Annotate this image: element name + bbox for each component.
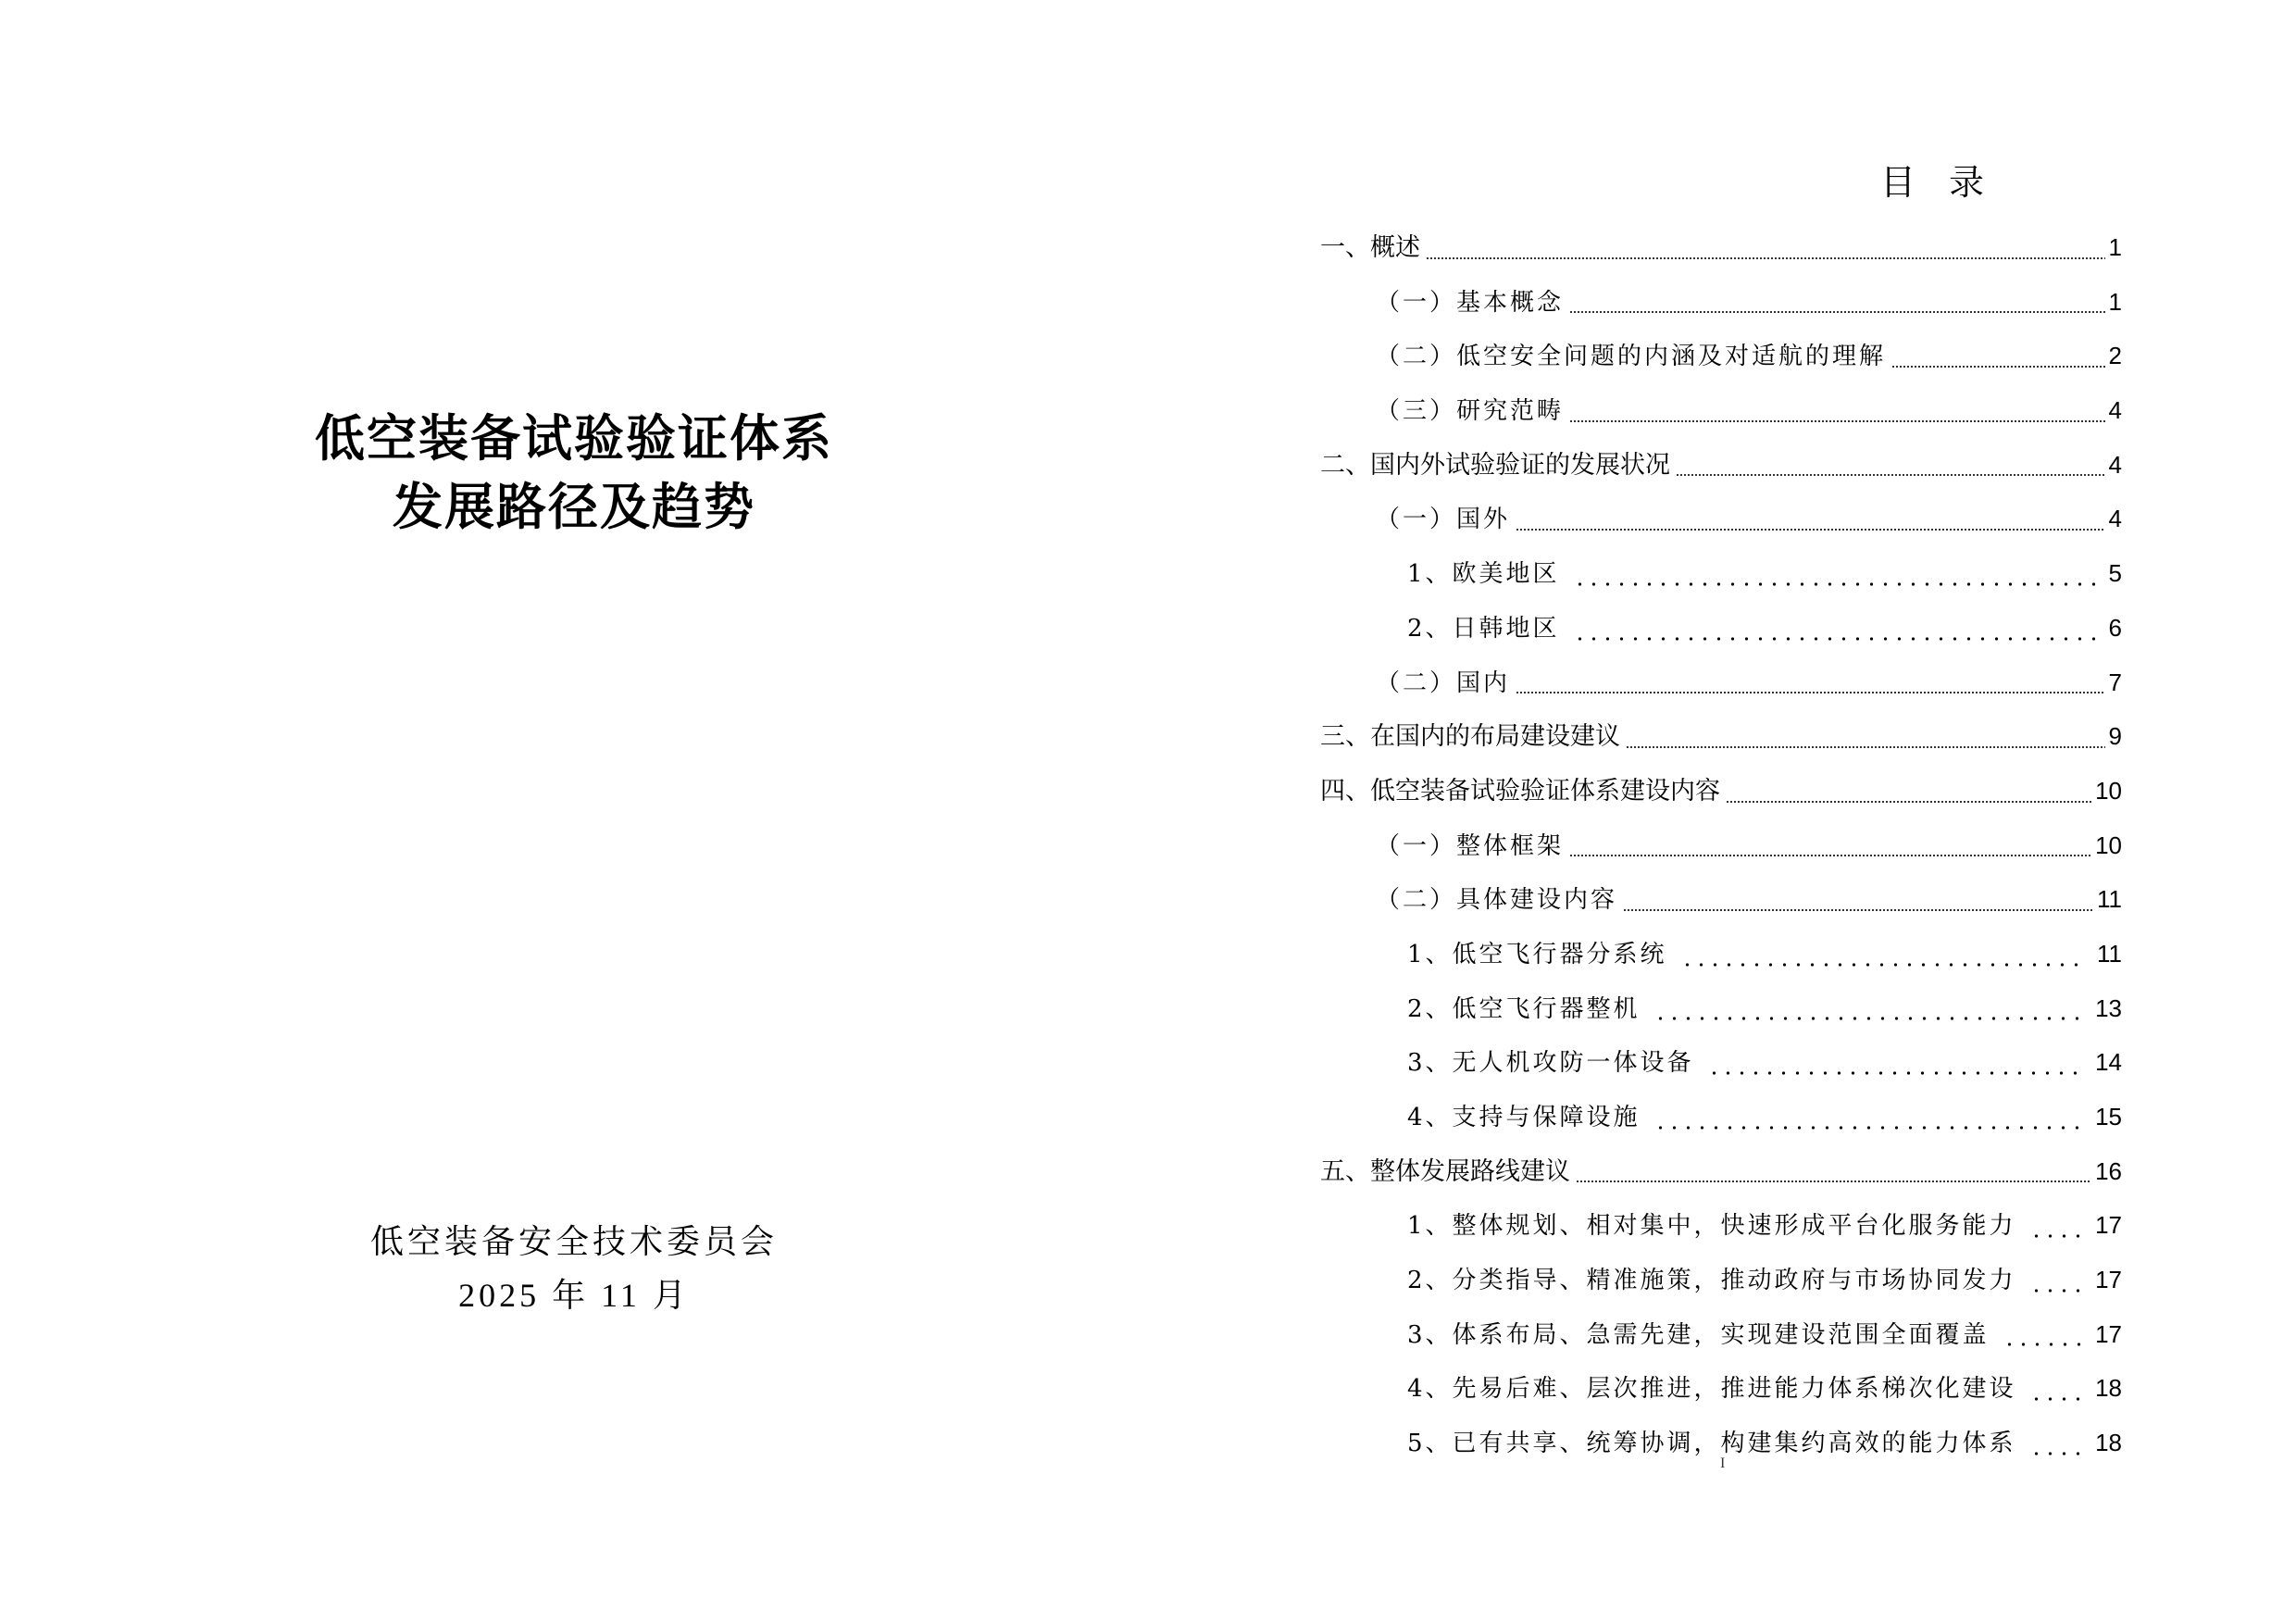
table-of-contents: 一、概述1（一）基本概念1（二）低空安全问题的内涵及对适航的理解2（三）研究范畴… xyxy=(1320,220,2122,1470)
dot-leader xyxy=(1576,1181,2091,1182)
toc-entry-label: 一、概述 xyxy=(1320,221,1420,276)
toc-entry-page-number: 17 xyxy=(2095,1307,2122,1362)
dot-leader xyxy=(1569,311,2105,313)
page-number: I xyxy=(1720,1455,1725,1472)
dot-leader xyxy=(1626,746,2105,748)
dot-leader xyxy=(2029,1397,2083,1401)
toc-entry-page-number: 16 xyxy=(2095,1144,2122,1199)
organization-name: 低空装备安全技术委员会 xyxy=(0,1215,1148,1268)
toc-entry[interactable]: （二）国内7 xyxy=(1320,656,2122,710)
title-line-1: 低空装备试验验证体系 xyxy=(0,404,1148,472)
toc-entry-page-number: 4 xyxy=(2109,492,2122,546)
toc-entry-label: （一）国外 xyxy=(1376,493,1510,547)
toc-entry[interactable]: 三、在国内的布局建设建议9 xyxy=(1320,709,2122,764)
toc-entry-label: 1、低空飞行器分系统 xyxy=(1407,928,1667,982)
dot-leader xyxy=(2029,1289,2083,1293)
toc-entry-page-number: 14 xyxy=(2095,1035,2122,1090)
toc-entry[interactable]: 一、概述1 xyxy=(1320,220,2122,275)
dot-leader xyxy=(2003,1343,2083,1346)
toc-entry-page-number: 17 xyxy=(2095,1198,2122,1253)
toc-entry-label: （三）研究范畴 xyxy=(1376,384,1564,439)
toc-entry-label: （二）低空安全问题的内涵及对适航的理解 xyxy=(1376,330,1886,384)
toc-entry-page-number: 6 xyxy=(2109,601,2122,656)
toc-entry-page-number: 13 xyxy=(2095,981,2122,1036)
toc-entry-page-number: 11 xyxy=(2097,872,2122,927)
toc-entry-label: 2、低空飞行器整机 xyxy=(1407,982,1641,1037)
toc-entry-label: （二）具体建设内容 xyxy=(1376,873,1617,928)
toc-entry-page-number: 18 xyxy=(2095,1416,2122,1470)
toc-entry-page-number: 9 xyxy=(2109,709,2122,764)
toc-entry-label: 2、分类指导、精准施策，推动政府与市场协同发力 xyxy=(1407,1254,2016,1308)
toc-entry-page-number: 1 xyxy=(2109,220,2122,275)
toc-entry[interactable]: 2、日韩地区6 xyxy=(1320,601,2122,656)
toc-entry[interactable]: 2、低空飞行器整机13 xyxy=(1320,981,2122,1036)
dot-leader xyxy=(1623,909,2093,911)
toc-entry-page-number: 15 xyxy=(2095,1090,2122,1144)
toc-entry-page-number: 4 xyxy=(2109,383,2122,438)
toc-entry[interactable]: 3、无人机攻防一体设备14 xyxy=(1320,1035,2122,1090)
toc-entry-label: 2、日韩地区 xyxy=(1407,602,1560,656)
dot-leader xyxy=(2029,1234,2083,1238)
title-line-2: 发展路径及趋势 xyxy=(0,472,1148,541)
dot-leader xyxy=(1573,637,2096,641)
dot-leader xyxy=(1891,366,2105,368)
toc-entry-page-number: 4 xyxy=(2109,438,2122,493)
toc-entry-page-number: 17 xyxy=(2095,1253,2122,1307)
toc-entry-label: 5、已有共享、统筹协调，构建集约高效的能力体系 xyxy=(1407,1417,2016,1471)
dot-leader xyxy=(1569,420,2105,422)
toc-entry-page-number: 2 xyxy=(2109,329,2122,383)
dot-leader xyxy=(1573,582,2096,586)
toc-entry-label: （二）国内 xyxy=(1376,656,1510,711)
cover-footer: 低空装备安全技术委员会 2025 年 11 月 xyxy=(0,1215,1148,1322)
toc-entry-label: 三、在国内的布局建设建议 xyxy=(1320,710,1620,765)
dot-leader xyxy=(1707,1071,2083,1075)
document-title: 低空装备试验验证体系 发展路径及趋势 xyxy=(0,404,1148,541)
toc-entry-label: （一）整体框架 xyxy=(1376,819,1564,874)
toc-entry-page-number: 10 xyxy=(2095,764,2122,818)
toc-entry[interactable]: （三）研究范畴4 xyxy=(1320,383,2122,438)
dot-leader xyxy=(1516,692,2105,693)
toc-entry-page-number: 18 xyxy=(2095,1361,2122,1416)
dot-leader xyxy=(1676,474,2105,476)
dot-leader xyxy=(1726,801,2091,803)
toc-entry-label: 五、整体发展路线建议 xyxy=(1320,1145,1570,1200)
toc-entry[interactable]: （一）基本概念1 xyxy=(1320,275,2122,330)
toc-entry[interactable]: 4、先易后难、层次推进，推进能力体系梯次化建设18 xyxy=(1320,1361,2122,1416)
toc-entry[interactable]: 2、分类指导、精准施策，推动政府与市场协同发力17 xyxy=(1320,1253,2122,1307)
dot-leader xyxy=(1426,257,2105,259)
toc-entry-label: 1、欧美地区 xyxy=(1407,547,1560,602)
toc-entry[interactable]: （一）整体框架10 xyxy=(1320,818,2122,873)
dot-leader xyxy=(1569,855,2091,856)
toc-entry-label: （一）基本概念 xyxy=(1376,276,1564,331)
toc-entry[interactable]: 四、低空装备试验验证体系建设内容10 xyxy=(1320,764,2122,818)
toc-entry-page-number: 10 xyxy=(2095,818,2122,873)
toc-entry-label: 4、支持与保障设施 xyxy=(1407,1091,1641,1145)
toc-heading: 目录 xyxy=(1662,154,2236,205)
dot-leader xyxy=(1653,1126,2083,1130)
dot-leader xyxy=(1653,1017,2083,1020)
toc-entry[interactable]: 五、整体发展路线建议16 xyxy=(1320,1144,2122,1199)
toc-entry-label: 四、低空装备试验验证体系建设内容 xyxy=(1320,765,1720,819)
publication-date: 2025 年 11 月 xyxy=(0,1268,1148,1322)
dot-leader xyxy=(2029,1452,2083,1455)
toc-entry[interactable]: 4、支持与保障设施15 xyxy=(1320,1090,2122,1144)
toc-entry[interactable]: 1、欧美地区5 xyxy=(1320,546,2122,601)
toc-entry-page-number: 11 xyxy=(2097,927,2122,981)
toc-entry-label: 3、体系布局、急需先建，实现建设范围全面覆盖 xyxy=(1407,1308,1990,1363)
toc-entry-page-number: 5 xyxy=(2109,546,2122,601)
dot-leader xyxy=(1516,529,2105,531)
dot-leader xyxy=(1680,963,2084,967)
cover-page: 低空装备试验验证体系 发展路径及趋势 低空装备安全技术委员会 2025 年 11… xyxy=(0,0,1148,1624)
toc-entry-label: 二、国内外试验验证的发展状况 xyxy=(1320,439,1670,493)
toc-entry[interactable]: （二）低空安全问题的内涵及对适航的理解2 xyxy=(1320,329,2122,383)
toc-entry[interactable]: 二、国内外试验验证的发展状况4 xyxy=(1320,438,2122,493)
toc-entry-page-number: 1 xyxy=(2109,275,2122,330)
toc-entry[interactable]: （一）国外4 xyxy=(1320,492,2122,546)
toc-entry-label: 3、无人机攻防一体设备 xyxy=(1407,1036,1694,1091)
toc-entry[interactable]: 1、低空飞行器分系统11 xyxy=(1320,927,2122,981)
toc-entry[interactable]: 3、体系布局、急需先建，实现建设范围全面覆盖17 xyxy=(1320,1307,2122,1362)
toc-entry-label: 4、先易后难、层次推进，推进能力体系梯次化建设 xyxy=(1407,1362,2016,1417)
toc-entry[interactable]: （二）具体建设内容11 xyxy=(1320,872,2122,927)
toc-entry-label: 1、整体规划、相对集中，快速形成平台化服务能力 xyxy=(1407,1199,2016,1254)
toc-entry-page-number: 7 xyxy=(2109,656,2122,710)
toc-entry[interactable]: 1、整体规划、相对集中，快速形成平台化服务能力17 xyxy=(1320,1198,2122,1253)
